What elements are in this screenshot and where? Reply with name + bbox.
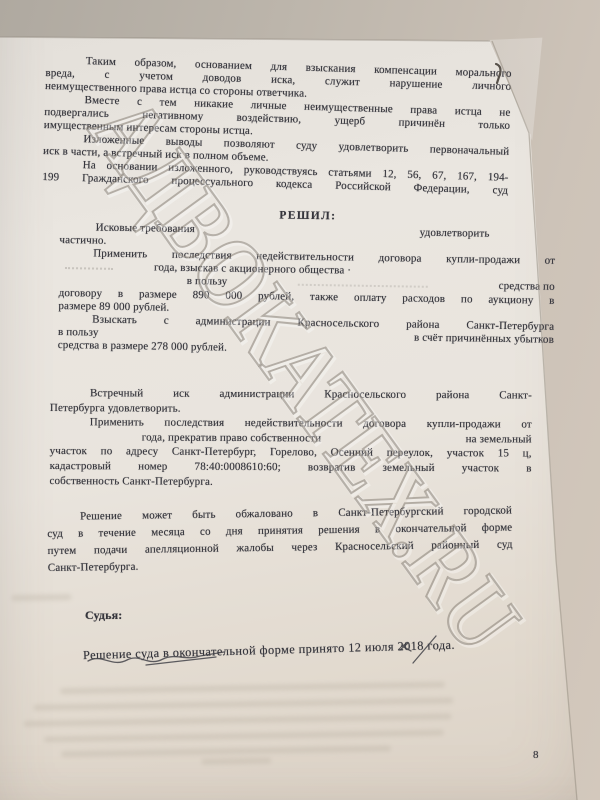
text-segment: в пользу [187,275,228,289]
bleed-through-line [61,745,391,757]
text-segment: Исковые требования [96,222,195,237]
text-segment: года, прекратив право собственности [142,430,322,446]
photographed-court-document: Таким образом, основанием для взыскания … [0,0,600,800]
counterclaim-section: Встречный иск администрации Красносельск… [49,386,532,491]
bleed-through-line [201,758,271,765]
appeal-section: Решение может быть обжаловано в Санкт-Пе… [47,503,513,577]
signature-section: Судья: [48,608,518,622]
text-segment: в счёт причинённых убытков [414,331,554,346]
bleed-through-line [44,730,444,743]
page-number: 8 [533,749,539,761]
reasoning-section: Таким образом, основанием для взыскания … [42,54,512,198]
text-segment: средства по [499,280,555,294]
text-segment: в пользу [58,326,99,340]
redaction-remnant [65,267,113,270]
text-line: Применить последствия недействительности… [50,415,532,432]
text-segment: года, взыскав с акционерного общества · [154,262,351,277]
ruling-section: РЕШИЛ: Исковые требования удовлетворить … [58,206,556,360]
bleed-through-line [24,713,452,726]
judge-label: Судья: [48,608,518,622]
bleed-through-line [11,594,71,601]
text-segment: на земельный [466,432,532,447]
bleed-through-line [60,682,445,695]
text-line: собственность Санкт-Петербурга. [49,474,531,491]
text-segment: удовлетворить [420,227,490,241]
redaction-remnant [298,284,428,288]
bleed-through-line [33,697,453,710]
